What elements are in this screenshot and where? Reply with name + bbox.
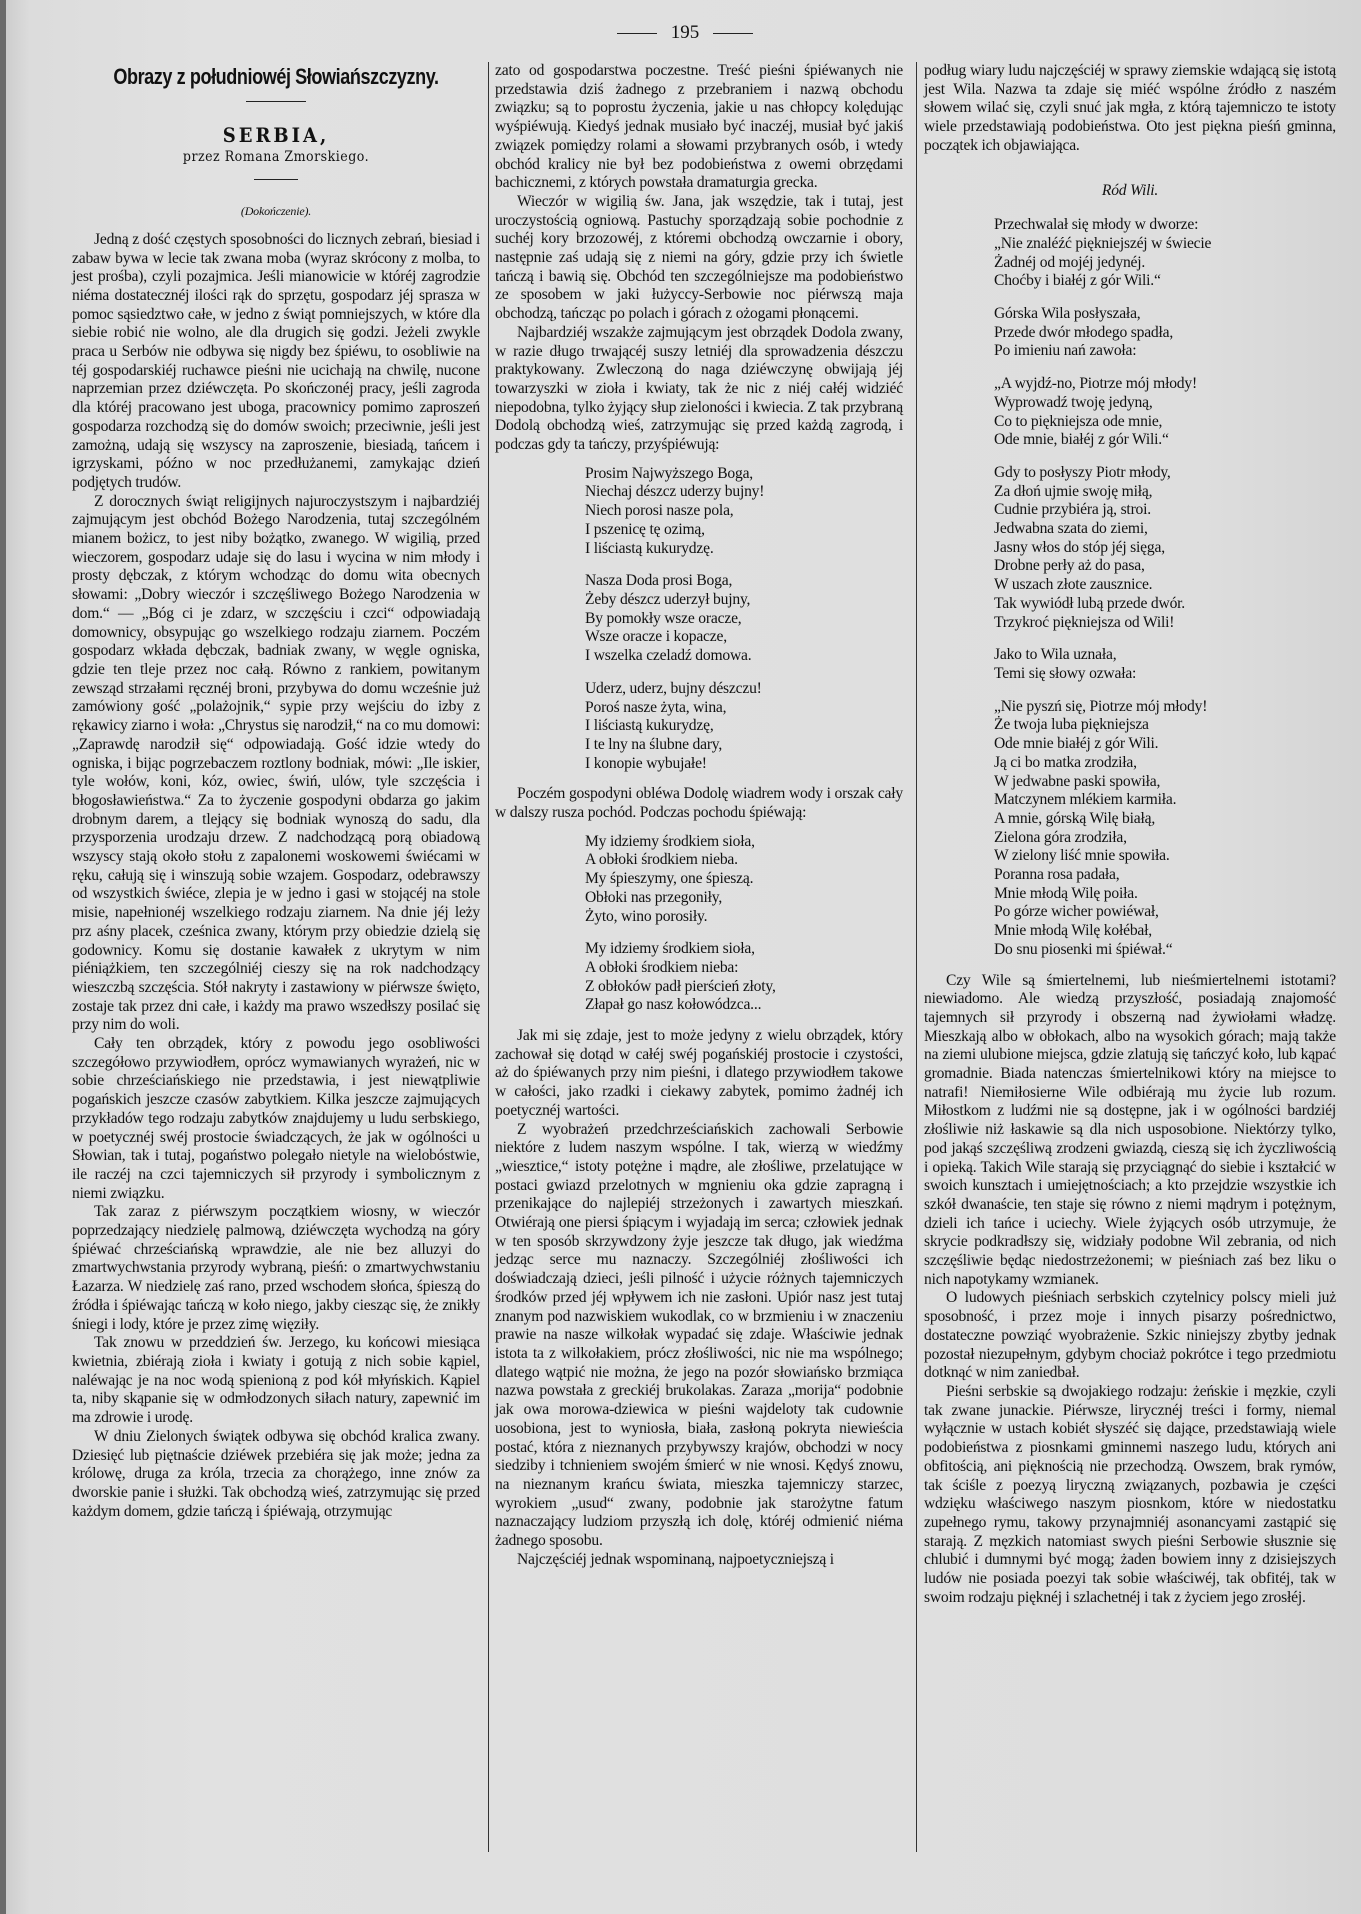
verse-line: Drobne perły aż do pasa, bbox=[994, 557, 1336, 576]
folio-dash-left bbox=[617, 33, 657, 34]
verse-line: Niech porosi nasze pola, bbox=[585, 502, 903, 521]
verse-line: I te lny na ślubne dary, bbox=[585, 736, 903, 755]
byline-divider bbox=[254, 179, 298, 180]
verse-line: I liściastą kukurydzę. bbox=[585, 540, 903, 559]
paragraph: zato od gospodarstwa poczestne. Treść pi… bbox=[495, 62, 903, 193]
verse-line: Po imieniu nań zawoła: bbox=[994, 342, 1336, 361]
verse-line: Jedwabna szata do ziemi, bbox=[994, 520, 1336, 539]
continuation-note: (Dokończenie). bbox=[72, 202, 480, 221]
verse-line: Za dłoń ujmie swoję miłą, bbox=[994, 483, 1336, 502]
column-2: zato od gospodarstwa poczestne. Treść pi… bbox=[495, 62, 903, 1569]
verse-line: Zielona góra zrodziła, bbox=[994, 829, 1336, 848]
verse-line: Jasny włos do stóp jéj sięga, bbox=[994, 539, 1336, 558]
title-divider bbox=[246, 101, 306, 102]
verse-line: My idziemy środkiem sioła, bbox=[585, 833, 903, 852]
verse-line: Żyto, wino porosiły. bbox=[585, 908, 903, 927]
verse-line: Ją ci bo matka zrodziła, bbox=[994, 754, 1336, 773]
page-folio: 195 bbox=[600, 22, 770, 44]
verse-line: Cudnie przybiéra ją, stroi. bbox=[994, 501, 1336, 520]
paragraph: Jedną z dość częstych sposobności do lic… bbox=[72, 231, 480, 493]
page-number: 195 bbox=[671, 22, 700, 43]
verse-line: I wszelka czeladź domowa. bbox=[585, 647, 903, 666]
verse-line: Do snu piosenki mi śpiéwał.“ bbox=[994, 941, 1336, 960]
verse-line: Temi się słowy ozwała: bbox=[994, 665, 1336, 684]
paragraph: O ludowych pieśniach serbskich czytelnic… bbox=[924, 1289, 1336, 1383]
verse-line: Co to piękniejsza ode mnie, bbox=[994, 413, 1336, 432]
dodola-song-2: My idziemy środkiem sioła,A obłoki środk… bbox=[585, 833, 903, 1015]
stanza: My idziemy środkiem sioła,A obłoki środk… bbox=[585, 833, 903, 927]
column-3-body: Czy Wile są śmiertelnemi, lub nieśmierte… bbox=[924, 972, 1336, 1608]
verse-line: Uderz, uderz, bujny dészczu! bbox=[585, 680, 903, 699]
verse-line: Mnie młodą Wilę kołébał, bbox=[994, 922, 1336, 941]
verse-line: Złapał go nasz kołowódzca... bbox=[585, 996, 903, 1015]
paragraph: Najbardziéj wszakże zajmującym jest obrz… bbox=[495, 324, 903, 455]
verse-line: Gdy to posłyszy Piotr młody, bbox=[994, 464, 1336, 483]
verse-line: Choćby i białéj z gór Wili.“ bbox=[994, 272, 1336, 291]
verse-line: Mnie młodą Wilę poiła. bbox=[994, 885, 1336, 904]
verse-line: W uszach złote zausznice. bbox=[994, 576, 1336, 595]
column-1-body: Jedną z dość częstych sposobności do lic… bbox=[72, 231, 480, 1522]
verse-line: „A wyjdź-no, Piotrze mój młody! bbox=[994, 375, 1336, 394]
stanza: Górska Wila posłyszała,Przede dwór młode… bbox=[994, 305, 1336, 361]
paragraph: Czy Wile są śmiertelnemi, lub nieśmierte… bbox=[924, 972, 1336, 1290]
verse-line: A obłoki środkiem nieba. bbox=[585, 851, 903, 870]
verse-line: Matczynem mlékiem karmiła. bbox=[994, 791, 1336, 810]
verse-line: I pszenicę tę ozimą, bbox=[585, 521, 903, 540]
verse-line: Tak wywiódł lubą przede dwór. bbox=[994, 595, 1336, 614]
verse-line: Ode mnie białéj z gór Wili. bbox=[994, 735, 1336, 754]
verse-line: Wsze oracze i kopacze, bbox=[585, 628, 903, 647]
stanza: Nasza Doda prosi Boga,Żeby dészcz uderzy… bbox=[585, 572, 903, 666]
verse-line: A mnie, górską Wilę białą, bbox=[994, 810, 1336, 829]
series-title: Obrazy z południowéj Słowiańszczyzny. bbox=[109, 68, 444, 87]
verse-line: „Nie pyszń się, Piotrze mój młody! bbox=[994, 698, 1336, 717]
paragraph: W dniu Zielonych świątek odbywa się obch… bbox=[72, 1428, 480, 1522]
paragraph: Z dorocznych świąt religijnych najuroczy… bbox=[72, 493, 480, 1035]
column-2-intro: zato od gospodarstwa poczestne. Treść pi… bbox=[495, 62, 903, 455]
verse-line: Prosim Najwyższego Boga, bbox=[585, 465, 903, 484]
verse-line: I liściastą kukurydzę, bbox=[585, 717, 903, 736]
verse-line: Przechwalał się młody w dworze: bbox=[994, 216, 1336, 235]
byline: przez Romana Zmorskiego. bbox=[72, 148, 480, 167]
song-title: Ród Wili. bbox=[924, 182, 1336, 201]
paragraph: Z wyobrażeń przedchrześciańskich zachowa… bbox=[495, 1121, 903, 1551]
stanza: My idziemy środkiem sioła,A obłoki środk… bbox=[585, 940, 903, 1015]
paragraph: Jak mi się zdaje, jest to może jedyny z … bbox=[495, 1027, 903, 1121]
paragraph: Poczém gospodyni obléwa Dodolę wiadrem w… bbox=[495, 785, 903, 822]
verse-line: Z obłoków padł pierścień złoty, bbox=[585, 978, 903, 997]
column-rule-1 bbox=[488, 62, 489, 1852]
verse-line: „Nie znaléźć piękniejszéj w świecie bbox=[994, 235, 1336, 254]
verse-line: Żeby dészcz uderzył bujny, bbox=[585, 591, 903, 610]
verse-line: Ode mnie, białéj z gór Wili.“ bbox=[994, 431, 1336, 450]
verse-line: By pomokły wsze oracze, bbox=[585, 610, 903, 629]
verse-line: Jako to Wila uznała, bbox=[994, 646, 1336, 665]
paragraph: Cały ten obrządek, który z powodu jego o… bbox=[72, 1035, 480, 1203]
paragraph: Najczęściéj jednak wspominaną, najpoetyc… bbox=[495, 1551, 903, 1570]
verse-line: Górska Wila posłyszała, bbox=[994, 305, 1336, 324]
paragraph: Tak znowu w przeddzień św. Jerzego, ku k… bbox=[72, 1334, 480, 1428]
column-1: Obrazy z południowéj Słowiańszczyzny. SE… bbox=[72, 68, 480, 1521]
verse-line: A obłoki środkiem nieba: bbox=[585, 959, 903, 978]
verse-line: W zielony liść mnie spowiła. bbox=[994, 847, 1336, 866]
rod-wili-song: Przechwalał się młody w dworze:„Nie znal… bbox=[994, 216, 1336, 959]
column-2-body: Jak mi się zdaje, jest to może jedyny z … bbox=[495, 1027, 903, 1569]
verse-line: Wyprowadź twoję jedyną, bbox=[994, 394, 1336, 413]
paragraph: podług wiary ludu najczęściéj w sprawy z… bbox=[924, 62, 1336, 156]
verse-line: Obłoki nas przegoniły, bbox=[585, 889, 903, 908]
stanza: Gdy to posłyszy Piotr młody,Za dłoń ujmi… bbox=[994, 464, 1336, 632]
verse-line: Niechaj dészcz uderzy bujny! bbox=[585, 483, 903, 502]
stanza: Prosim Najwyższego Boga,Niechaj dészcz u… bbox=[585, 465, 903, 559]
paragraph: Tak zaraz z piérwszym początkiem wiosny,… bbox=[72, 1203, 480, 1334]
verse-line: Poroś nasze żyta, wina, bbox=[585, 699, 903, 718]
verse-line: Nasza Doda prosi Boga, bbox=[585, 572, 903, 591]
verse-line: Po górze wicher powiéwał, bbox=[994, 903, 1336, 922]
verse-line: Żadnéj od mojéj jedynéj. bbox=[994, 254, 1336, 273]
column-3: podług wiary ludu najczęściéj w sprawy z… bbox=[924, 62, 1336, 1607]
stanza: „A wyjdź-no, Piotrze mój młody!Wyprowadź… bbox=[994, 375, 1336, 450]
verse-line: Przede dwór młodego spadła, bbox=[994, 324, 1336, 343]
dodola-song-1: Prosim Najwyższego Boga,Niechaj dészcz u… bbox=[585, 465, 903, 774]
folio-dash-right bbox=[713, 33, 753, 34]
verse-line: My śpieszymy, one śpieszą. bbox=[585, 870, 903, 889]
verse-line: W jedwabne paski spowiła, bbox=[994, 773, 1336, 792]
page-binding-edge bbox=[0, 0, 6, 1914]
verse-line: Trzykroć piękniejsza od Wili! bbox=[994, 614, 1336, 633]
paragraph: Wieczór w wigilią św. Jana, jak wszędzie… bbox=[495, 193, 903, 324]
stanza: Uderz, uderz, bujny dészczu!Poroś nasze … bbox=[585, 680, 903, 774]
section-title: SERBIA, bbox=[72, 126, 480, 145]
verse-line: Poranna rosa padała, bbox=[994, 866, 1336, 885]
verse-line: Że twoja luba piękniejsza bbox=[994, 716, 1336, 735]
paragraph: Pieśni serbskie są dwojakiego rodzaju: ż… bbox=[924, 1383, 1336, 1607]
stanza: „Nie pyszń się, Piotrze mój młody!Że two… bbox=[994, 698, 1336, 960]
newspaper-page: 195 Obrazy z południowéj Słowiańszczyzny… bbox=[0, 0, 1361, 1914]
column-rule-2 bbox=[916, 62, 917, 1852]
verse-line: I konopie wybujałe! bbox=[585, 755, 903, 774]
stanza: Jako to Wila uznała,Temi się słowy ozwał… bbox=[994, 646, 1336, 683]
verse-line: My idziemy środkiem sioła, bbox=[585, 940, 903, 959]
stanza: Przechwalał się młody w dworze:„Nie znal… bbox=[994, 216, 1336, 291]
